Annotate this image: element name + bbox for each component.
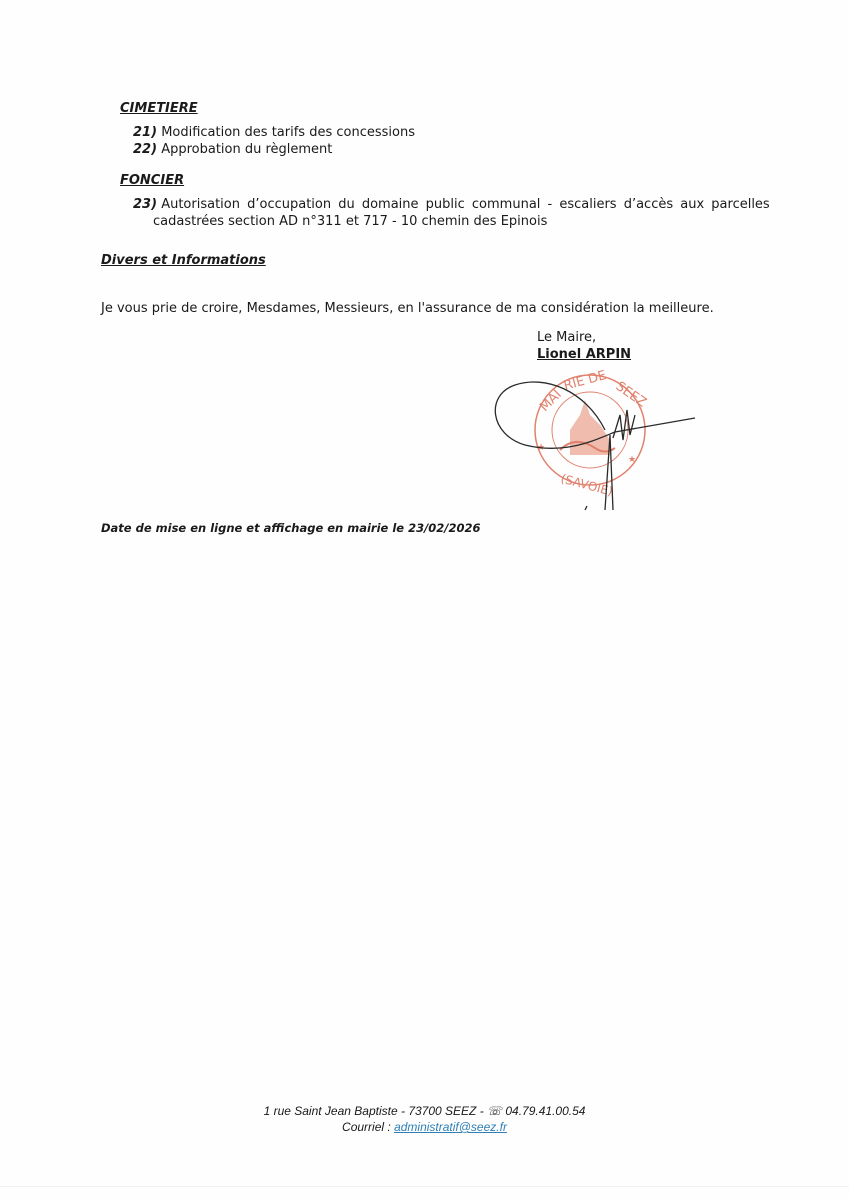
item-number: 21)	[133, 125, 157, 140]
town-hall-stamp-icon: MAI RIE DE SEEZ (SAVOIE) ★ ★	[535, 370, 649, 499]
footer-email-link[interactable]: administratif@seez.fr	[394, 1120, 507, 1134]
closing-formula: Je vous prie de croire, Mesdames, Messie…	[101, 301, 714, 316]
svg-text:MAI: MAI	[537, 387, 565, 415]
item-number: 22)	[133, 142, 157, 157]
document-page: CIMETIERE 21) Modification des tarifs de…	[0, 0, 849, 1200]
signer-role: Le Maire,	[537, 330, 596, 345]
scan-edge-line	[0, 1186, 849, 1187]
signer-name: Lionel ARPIN	[537, 347, 631, 362]
agenda-item-23-line2: cadastrées section AD n°311 et 717 - 10 …	[153, 214, 547, 229]
mayor-stamp-signature: MAI RIE DE SEEZ (SAVOIE) ★ ★	[485, 370, 705, 520]
section-heading-divers: Divers et Informations	[101, 253, 266, 268]
svg-text:SEEZ: SEEZ	[613, 379, 649, 411]
item-text-line1: Autorisation d’occupation du domaine pub…	[161, 197, 770, 212]
item-number: 23)	[133, 197, 157, 212]
item-text: Modification des tarifs des concessions	[161, 125, 415, 140]
agenda-item-21: 21) Modification des tarifs des concessi…	[133, 125, 415, 140]
agenda-item-22: 22) Approbation du règlement	[133, 142, 332, 157]
section-heading-cimetiere: CIMETIERE	[120, 101, 198, 116]
svg-text:RIE DE: RIE DE	[562, 370, 608, 394]
footer-email-line: Courriel : administratif@seez.fr	[0, 1120, 849, 1134]
posting-date: Date de mise en ligne et affichage en ma…	[101, 521, 481, 535]
footer-address: 1 rue Saint Jean Baptiste - 73700 SEEZ -…	[0, 1104, 849, 1118]
item-text: Approbation du règlement	[161, 142, 332, 157]
agenda-item-23: 23) Autorisation d’occupation du domaine…	[133, 197, 770, 212]
section-heading-foncier: FONCIER	[120, 173, 184, 188]
footer-email-label: Courriel :	[342, 1120, 394, 1134]
svg-text:★: ★	[628, 455, 636, 465]
